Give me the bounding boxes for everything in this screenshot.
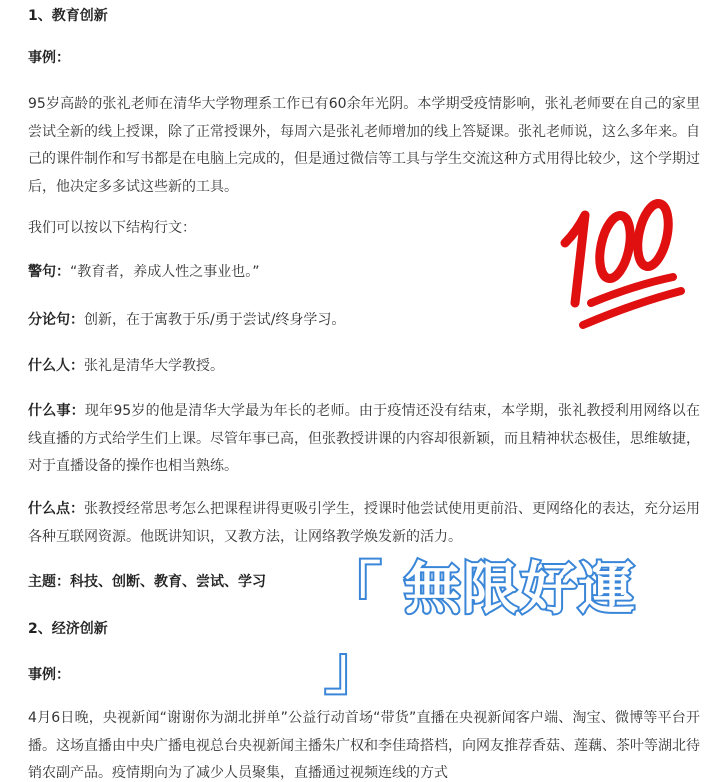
theme-line: 主题：科技、创断、教育、尝试、学习 [28, 572, 266, 592]
point-paragraph: 什么点：张教授经常思考怎么把课程讲得更吸引学生，授课时他尝试使用更前沿、更网络化… [28, 496, 700, 551]
who-row: 什么人：张礼是清华大学教授。 [28, 356, 224, 376]
thesis-label: 分论句： [28, 312, 84, 328]
point-text: 张教授经常思考怎么把课程讲得更吸引学生，授课时他尝试使用更前沿、更网络化的表达，… [28, 501, 700, 545]
quote-label: 警句： [28, 264, 70, 280]
who-label: 什么人： [28, 358, 84, 374]
hundred-points-icon [555, 185, 685, 335]
section-2-example-label: 事例： [28, 665, 70, 685]
what-label: 什么事： [28, 403, 85, 419]
section-2-example-text: 4月6日晚，央视新闻“谢谢你为湖北拼单”公益行动首场“带货”直播在央视新闻客户端… [28, 705, 700, 782]
section-1-example-label: 事例： [28, 48, 70, 68]
what-paragraph: 什么事：现年95岁的他是清华大学最为年长的老师。由于疫情还没有结束，本学期，张礼… [28, 398, 700, 481]
luck-text: 「 無限好運 」 [325, 545, 645, 705]
quote-text: “教育者，养成人性之事业也。” [70, 264, 260, 280]
what-text: 现年95岁的他是清华大学最为年长的老师。由于疫情还没有结束，本学期，张礼教授利用… [28, 403, 700, 474]
section-2-heading: 2、经济创新 [28, 619, 108, 639]
who-text: 张礼是清华大学教授。 [84, 358, 224, 374]
section-1-heading: 1、教育创新 [28, 6, 108, 26]
luck-sticker: 「 無限好運 」 [325, 588, 645, 662]
thesis-text: 创新，在于寓教于乐/勇于尝试/终身学习。 [84, 312, 345, 328]
quote-row: 警句：“教育者，养成人性之事业也。” [28, 262, 260, 282]
thesis-row: 分论句：创新，在于寓教于乐/勇于尝试/终身学习。 [28, 310, 345, 330]
structure-intro: 我们可以按以下结构行文： [28, 218, 196, 238]
point-label: 什么点： [28, 501, 84, 517]
